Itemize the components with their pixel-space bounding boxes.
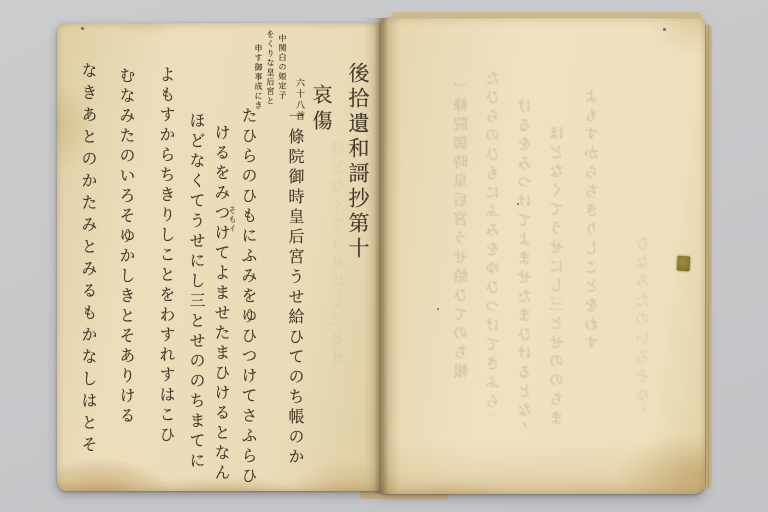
ghost-text-column: むなみたのいろそゆかしきとそありける: [636, 235, 651, 410]
ghost-text-column: ほどなくてうせにし三とせののちまてに: [331, 140, 346, 370]
ink-speck: [437, 308, 439, 310]
annotation-column: 中関白の姫定子: [278, 34, 286, 101]
kotobagaki-column: ほどなくてうせにし三とせののちまてに: [188, 112, 204, 472]
section-heading: 哀傷: [311, 84, 331, 136]
manuscript-photo: 一條院御時皇后宮うせ給ひてのち帳のか たひらのひもにふみをゆひつけてさふらひ け…: [0, 0, 768, 512]
annotation-column: 申す御事成にき: [254, 44, 262, 111]
ghost-text-column: たひらのひもにふみをゆひつけてさふらひ: [486, 70, 501, 415]
kotobagaki-column: けるをみつけてよませたまひけるとなん: [213, 124, 229, 484]
title-column: 後拾遺和謌抄第十: [347, 62, 368, 262]
poem-column: よもすからちきりしことをわすれすはこひ: [158, 66, 174, 446]
ink-speck: [663, 28, 666, 31]
poem-column: むなみたのいろそゆかしきとそありける: [118, 67, 134, 427]
ghost-text-column: よもすからちきりしことをわすれすはこひ: [585, 88, 600, 348]
ghost-text-column: けるをみつけてよませたまひけるとなん: [518, 98, 533, 428]
variant-note: そもイ: [228, 206, 236, 233]
poem-column: なきあとのかたみとみるもかなしはとそ: [80, 62, 96, 458]
right-page-blank: [381, 18, 705, 494]
kotobagaki-column: 一條院御時皇后宮うせ給ひてのち帳のか: [287, 108, 303, 468]
annotation-column: をくりな皇后宮と: [266, 30, 274, 106]
ghost-text-column: 一條院御時皇后宮うせ給ひてのち帳のか: [454, 78, 469, 378]
ghost-text-column: ほどなくてうせにし三とせののちまてに: [550, 125, 565, 425]
ink-speck: [517, 203, 519, 205]
kotobagaki-column: たひらのひもにふみをゆひつけてさふらひ: [240, 107, 256, 487]
ink-speck: [81, 27, 84, 30]
repair-patch: [677, 256, 691, 272]
